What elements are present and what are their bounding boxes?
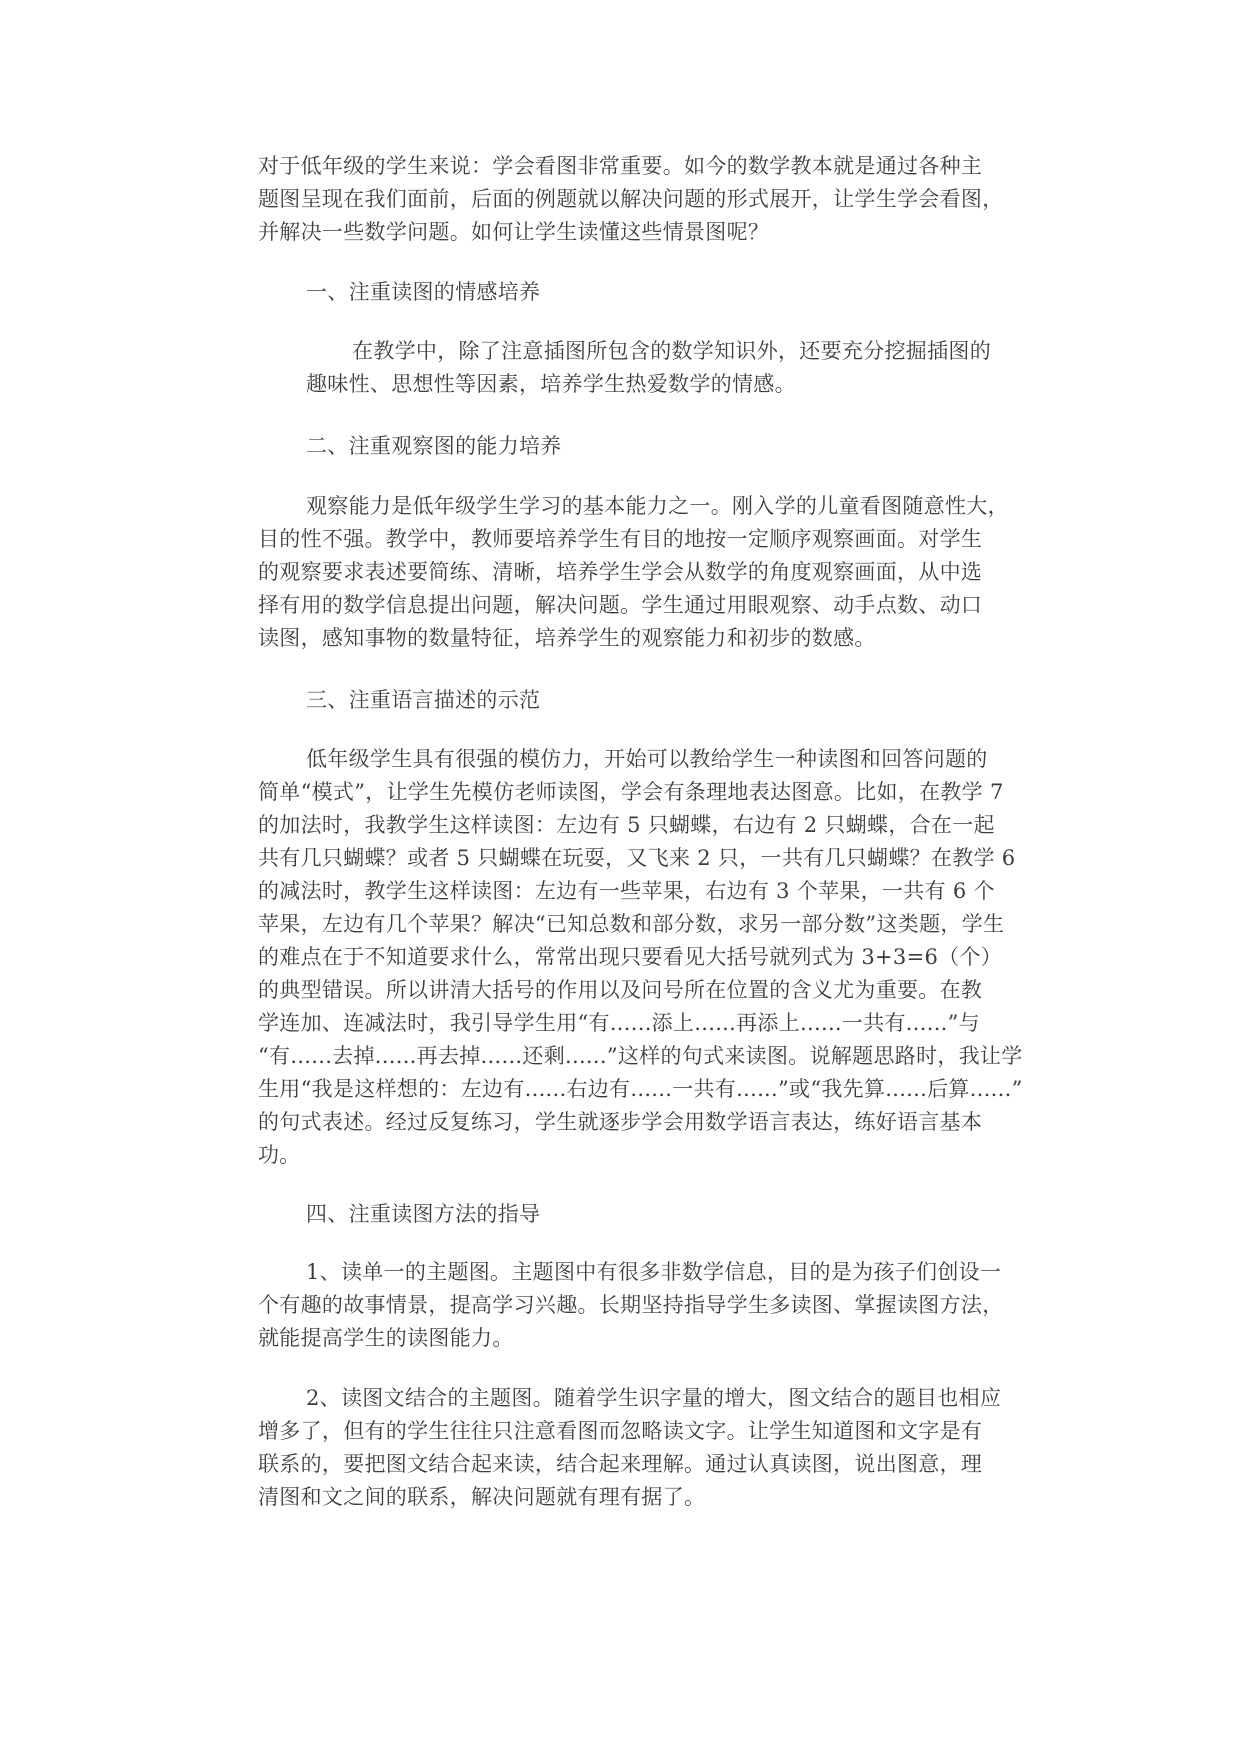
section-heading-2: 二、注重观察图的能力培养 [258, 430, 1058, 463]
text-line: “有......去掉......再去掉......还剩......”这样的句式来… [258, 1040, 1058, 1073]
text-line: 的观察要求表述要简练、清晰，培养学生学会从数学的角度观察画面，从中选 [258, 556, 1058, 589]
text-line: 对于低年级的学生来说：学会看图非常重要。如今的数学教本就是通过各种主 [258, 150, 1058, 183]
text-line: 共有几只蝴蝶？或者 5 只蝴蝶在玩耍，又飞来 2 只，一共有几只蝴蝶？在教学 6 [258, 842, 1058, 875]
text-line: 的难点在于不知道要求什么，常常出现只要看见大括号就列式为 3+3=6（个） [258, 941, 1058, 974]
text-line: 趣味性、思想性等因素，培养学生热爱数学的情感。 [258, 368, 1058, 401]
section-heading-1: 一、注重读图的情感培养 [258, 276, 1058, 309]
section-2-paragraph: 观察能力是低年级学生学习的基本能力之一。刚入学的儿童看图随意性大， 目的性不强。… [258, 490, 1058, 655]
text-line: 并解决一些数学问题。如何让学生读懂这些情景图呢？ [258, 216, 1058, 249]
text-line: 目的性不强。教学中，教师要培养学生有目的地按一定顺序观察画面。对学生 [258, 523, 1058, 556]
section-1-paragraph: 在教学中，除了注意插图所包含的数学知识外，还要充分挖掘插图的 趣味性、思想性等因… [258, 335, 1058, 401]
text-line: 联系的，要把图文结合起来读，结合起来理解。通过认真读图，说出图意，理 [258, 1448, 1058, 1481]
intro-paragraph: 对于低年级的学生来说：学会看图非常重要。如今的数学教本就是通过各种主 题图呈现在… [258, 150, 1058, 249]
text-line: 2、读图文结合的主题图。随着学生识字量的增大，图文结合的题目也相应 [258, 1382, 1058, 1415]
text-line: 读图，感知事物的数量特征，培养学生的观察能力和初步的数感。 [258, 622, 1058, 655]
heading-text: 二、注重观察图的能力培养 [258, 430, 1058, 463]
section-3-paragraph: 低年级学生具有很强的模仿力，开始可以教给学生一种读图和回答问题的 简单“模式”，… [258, 743, 1058, 1172]
text-line: 观察能力是低年级学生学习的基本能力之一。刚入学的儿童看图随意性大， [258, 490, 1058, 523]
document-page: 对于低年级的学生来说：学会看图非常重要。如今的数学教本就是通过各种主 题图呈现在… [0, 0, 1241, 1754]
text-line: 的减法时，教学生这样读图：左边有一些苹果，右边有 3 个苹果，一共有 6 个 [258, 875, 1058, 908]
text-line: 增多了，但有的学生往往只注意看图而忽略读文字。让学生知道图和文字是有 [258, 1415, 1058, 1448]
text-line: 学连加、连减法时，我引导学生用“有......添上......再添上......… [258, 1007, 1058, 1040]
section-heading-4: 四、注重读图方法的指导 [258, 1198, 1058, 1231]
text-line: 择有用的数学信息提出问题，解决问题。学生通过用眼观察、动手点数、动口 [258, 589, 1058, 622]
text-line: 简单“模式”，让学生先模仿老师读图，学会有条理地表达图意。比如，在教学 7 [258, 776, 1058, 809]
text-line: 个有趣的故事情景，提高学习兴趣。长期坚持指导学生多读图、掌握读图方法， [258, 1289, 1058, 1322]
text-line: 就能提高学生的读图能力。 [258, 1322, 1058, 1355]
text-line: 清图和文之间的联系，解决问题就有理有据了。 [258, 1481, 1058, 1514]
section-4-item-1-paragraph: 1、读单一的主题图。主题图中有很多非数学信息，目的是为孩子们创设一 个有趣的故事… [258, 1256, 1058, 1355]
text-line: 功。 [258, 1139, 1058, 1172]
text-line: 低年级学生具有很强的模仿力，开始可以教给学生一种读图和回答问题的 [258, 743, 1058, 776]
text-line: 1、读单一的主题图。主题图中有很多非数学信息，目的是为孩子们创设一 [258, 1256, 1058, 1289]
section-heading-3: 三、注重语言描述的示范 [258, 684, 1058, 717]
text-line: 苹果，左边有几个苹果？解决“已知总数和部分数，求另一部分数”这类题，学生 [258, 908, 1058, 941]
text-line: 的句式表述。经过反复练习，学生就逐步学会用数学语言表达，练好语言基本 [258, 1106, 1058, 1139]
text-line: 题图呈现在我们面前，后面的例题就以解决问题的形式展开，让学生学会看图， [258, 183, 1058, 216]
heading-text: 三、注重语言描述的示范 [258, 684, 1058, 717]
text-line: 的典型错误。所以讲清大括号的作用以及问号所在位置的含义尤为重要。在教 [258, 974, 1058, 1007]
heading-text: 一、注重读图的情感培养 [258, 276, 1058, 309]
text-line: 生用“我是这样想的：左边有......右边有......一共有......”或“… [258, 1073, 1058, 1106]
heading-text: 四、注重读图方法的指导 [258, 1198, 1058, 1231]
text-line: 的加法时，我教学生这样读图：左边有 5 只蝴蝶，右边有 2 只蝴蝶，合在一起 [258, 809, 1058, 842]
section-4-item-2-paragraph: 2、读图文结合的主题图。随着学生识字量的增大，图文结合的题目也相应 增多了，但有… [258, 1382, 1058, 1514]
text-line: 在教学中，除了注意插图所包含的数学知识外，还要充分挖掘插图的 [258, 335, 1058, 368]
